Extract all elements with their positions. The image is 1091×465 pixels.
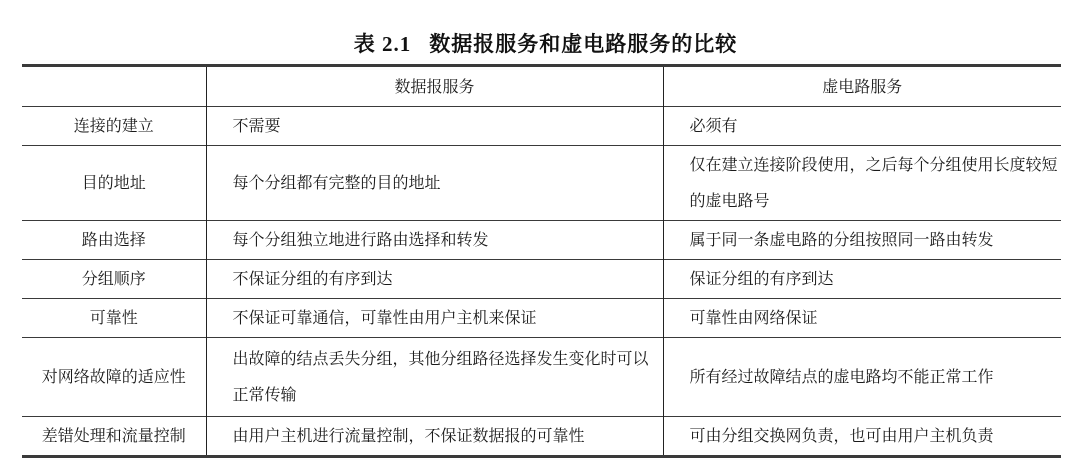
table-row: 对网络故障的适应性 出故障的结点丢失分组，其他分组路径选择发生变化时可以正常传输…: [22, 338, 1061, 417]
virtual-circuit-cell: 属于同一条虚电路的分组按照同一路由转发: [663, 221, 1061, 260]
table-row: 目的地址 每个分组都有完整的目的地址 仅在建立连接阶段使用，之后每个分组使用长度…: [22, 146, 1061, 221]
table-caption: 表 2.1数据报服务和虚电路服务的比较: [0, 28, 1091, 58]
datagram-cell: 不保证可靠通信，可靠性由用户主机来保证: [206, 299, 663, 338]
datagram-cell: 每个分组都有完整的目的地址: [206, 146, 663, 221]
datagram-cell: 每个分组独立地进行路由选择和转发: [206, 221, 663, 260]
virtual-circuit-cell: 可由分组交换网负责，也可由用户主机负责: [663, 417, 1061, 457]
datagram-cell: 由用户主机进行流量控制，不保证数据报的可靠性: [206, 417, 663, 457]
table-row: 可靠性 不保证可靠通信，可靠性由用户主机来保证 可靠性由网络保证: [22, 299, 1061, 338]
row-label: 分组顺序: [22, 260, 206, 299]
table-title: 数据报服务和虚电路服务的比较: [429, 32, 737, 56]
datagram-cell: 不需要: [206, 107, 663, 146]
virtual-circuit-cell: 保证分组的有序到达: [663, 260, 1061, 299]
datagram-cell: 出故障的结点丢失分组，其他分组路径选择发生变化时可以正常传输: [206, 338, 663, 417]
row-label: 连接的建立: [22, 107, 206, 146]
header-datagram: 数据报服务: [206, 66, 663, 107]
datagram-cell: 不保证分组的有序到达: [206, 260, 663, 299]
virtual-circuit-cell: 所有经过故障结点的虚电路均不能正常工作: [663, 338, 1061, 417]
virtual-circuit-cell: 仅在建立连接阶段使用，之后每个分组使用长度较短的虚电路号: [663, 146, 1061, 221]
table-row: 分组顺序 不保证分组的有序到达 保证分组的有序到达: [22, 260, 1061, 299]
table-row: 差错处理和流量控制 由用户主机进行流量控制，不保证数据报的可靠性 可由分组交换网…: [22, 417, 1061, 457]
virtual-circuit-cell: 必须有: [663, 107, 1061, 146]
comparison-table: 数据报服务 虚电路服务 连接的建立 不需要 必须有 目的地址 每个分组都有完整的…: [22, 64, 1061, 458]
header-row: 数据报服务 虚电路服务: [22, 66, 1061, 107]
row-label: 差错处理和流量控制: [22, 417, 206, 457]
table-row: 路由选择 每个分组独立地进行路由选择和转发 属于同一条虚电路的分组按照同一路由转…: [22, 221, 1061, 260]
header-virtual-circuit: 虚电路服务: [663, 66, 1061, 107]
virtual-circuit-cell: 可靠性由网络保证: [663, 299, 1061, 338]
header-empty: [22, 66, 206, 107]
row-label: 路由选择: [22, 221, 206, 260]
table-row: 连接的建立 不需要 必须有: [22, 107, 1061, 146]
row-label: 可靠性: [22, 299, 206, 338]
row-label: 对网络故障的适应性: [22, 338, 206, 417]
row-label: 目的地址: [22, 146, 206, 221]
table-number: 表 2.1: [354, 32, 412, 56]
